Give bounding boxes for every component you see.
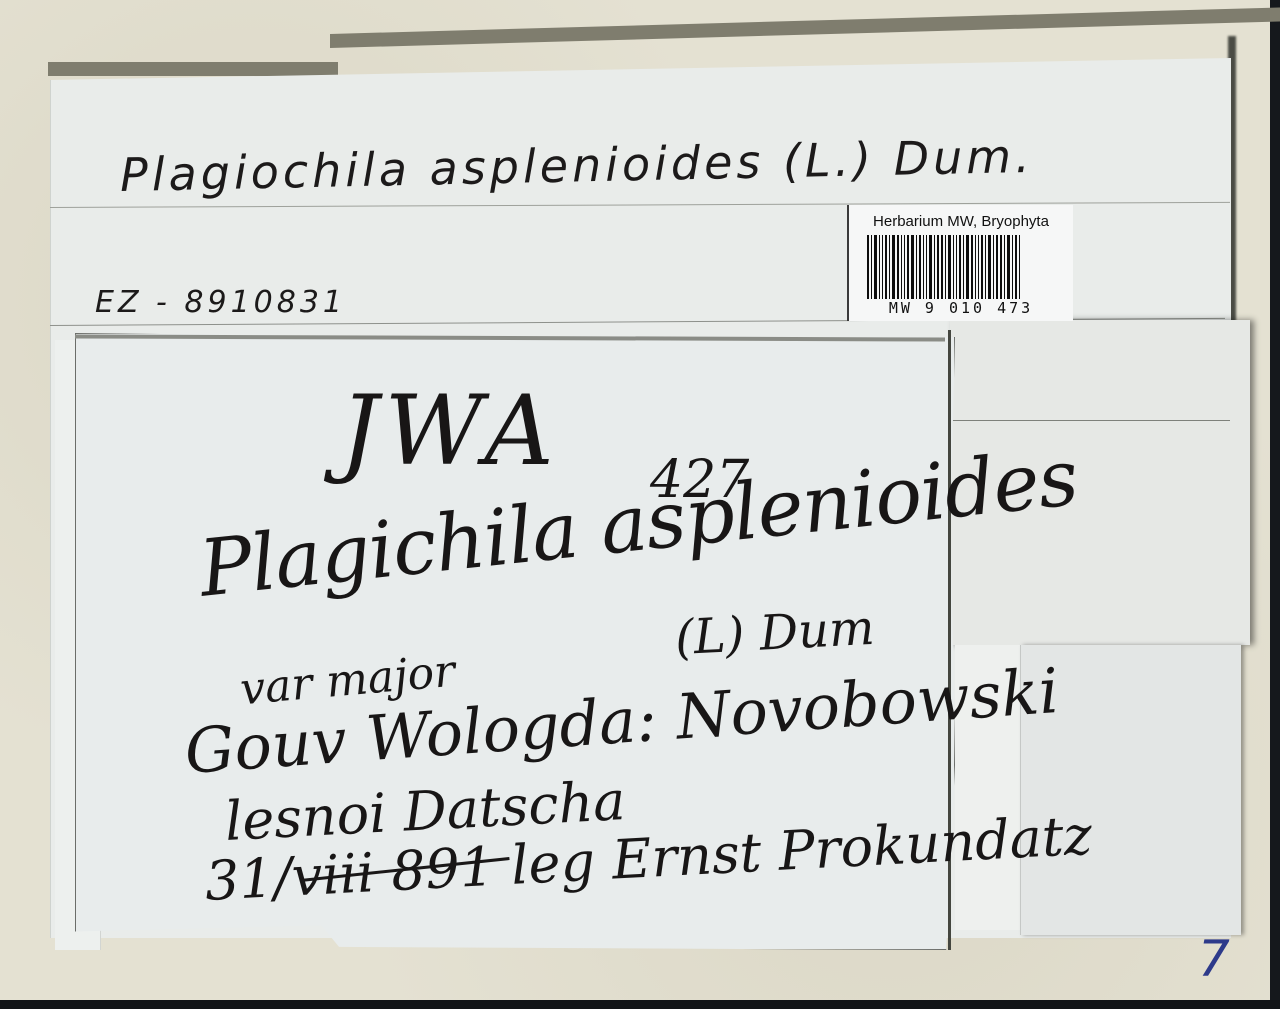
barcode-bar bbox=[882, 235, 883, 299]
scan-edge-bottom bbox=[0, 1000, 1280, 1009]
barcode-bar bbox=[871, 235, 872, 299]
barcode-bar bbox=[874, 235, 877, 299]
accession-number: EZ - 8910831 bbox=[95, 285, 346, 320]
barcode-icon bbox=[867, 235, 1057, 299]
barcode-bar bbox=[948, 235, 951, 299]
barcode-bar bbox=[897, 235, 899, 299]
barcode-bar bbox=[993, 235, 994, 299]
barcode-bar bbox=[1004, 235, 1005, 299]
barcode-bar bbox=[937, 235, 939, 299]
barcode-bar bbox=[919, 235, 921, 299]
barcode-bar bbox=[953, 235, 954, 299]
barcode-bar bbox=[923, 235, 924, 299]
barcode-number: MW 9 010 473 bbox=[849, 299, 1073, 317]
barcode-bar bbox=[941, 235, 943, 299]
barcode-bar bbox=[985, 235, 986, 299]
barcode-bar bbox=[1015, 235, 1017, 299]
barcode-bar bbox=[916, 235, 917, 299]
sheet-page-number: 7 bbox=[1198, 930, 1230, 988]
barcode-bar bbox=[966, 235, 969, 299]
barcode-bar bbox=[978, 235, 979, 299]
envelope-fold-line bbox=[950, 420, 1230, 421]
barcode-bar bbox=[981, 235, 983, 299]
barcode-bar bbox=[867, 235, 869, 299]
scan-edge-right bbox=[1270, 0, 1280, 1009]
barcode-bar bbox=[889, 235, 890, 299]
barcode-bar bbox=[926, 235, 927, 299]
barcode-bar bbox=[907, 235, 909, 299]
barcode-bar bbox=[959, 235, 961, 299]
barcode-bar bbox=[975, 235, 976, 299]
barcode-bar bbox=[996, 235, 998, 299]
barcode-label: Herbarium MW, Bryophyta MW 9 010 473 bbox=[847, 205, 1073, 321]
barcode-bar bbox=[901, 235, 902, 299]
barcode-bar bbox=[904, 235, 905, 299]
barcode-bar bbox=[879, 235, 880, 299]
barcode-bar bbox=[892, 235, 895, 299]
barcode-bar bbox=[971, 235, 973, 299]
barcode-bar bbox=[956, 235, 957, 299]
barcode-bar bbox=[1019, 235, 1020, 299]
barcode-bar bbox=[1000, 235, 1002, 299]
envelope-shadow bbox=[48, 62, 338, 76]
barcode-bar bbox=[1007, 235, 1010, 299]
label-line-collection-code: JWA bbox=[340, 375, 560, 487]
barcode-bar bbox=[1012, 235, 1013, 299]
institution-name: Herbarium MW, Bryophyta bbox=[849, 213, 1073, 230]
label-line-author: (L) Dum bbox=[674, 600, 876, 666]
barcode-bar bbox=[963, 235, 964, 299]
barcode-bar bbox=[934, 235, 935, 299]
barcode-bar bbox=[929, 235, 932, 299]
barcode-bar bbox=[945, 235, 946, 299]
barcode-bar bbox=[911, 235, 914, 299]
barcode-bar bbox=[885, 235, 887, 299]
barcode-bar bbox=[988, 235, 991, 299]
